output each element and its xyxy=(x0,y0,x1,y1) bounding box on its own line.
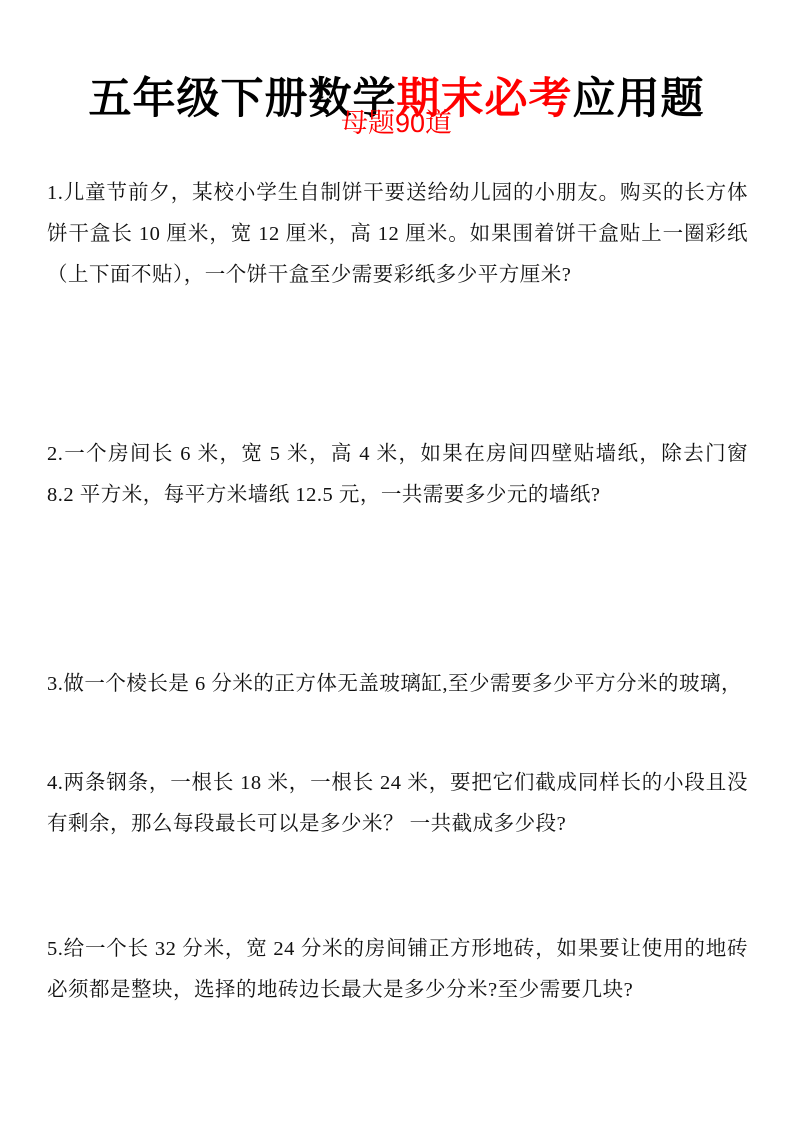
problem-5-text: 5.给一个长 32 分米，宽 24 分米的房间铺正方形地砖，如果要让使用的地砖必… xyxy=(47,929,748,1011)
worksheet-page: 五年级下册数学期末必考应用题 母题90道 1.儿童节前夕，某校小学生自制饼干要送… xyxy=(0,0,793,1122)
problem-3-text: 3.做一个棱长是 6 分米的正方体无盖玻璃缸,至少需要多少平方分米的玻璃， xyxy=(47,664,748,705)
problem-4-text: 4.两条钢条，一根长 18 米，一根长 24 米，要把它们截成同样长的小段且没有… xyxy=(47,763,748,845)
page-subtitle: 母题90道 xyxy=(0,101,793,140)
problem-2-text: 2.一个房间长 6 米，宽 5 米，高 4 米，如果在房间四壁贴墙纸，除去门窗 … xyxy=(47,434,748,516)
problem-1-text: 1.儿童节前夕，某校小学生自制饼干要送给幼儿园的小朋友。购买的长方体饼干盒长 1… xyxy=(47,173,748,296)
